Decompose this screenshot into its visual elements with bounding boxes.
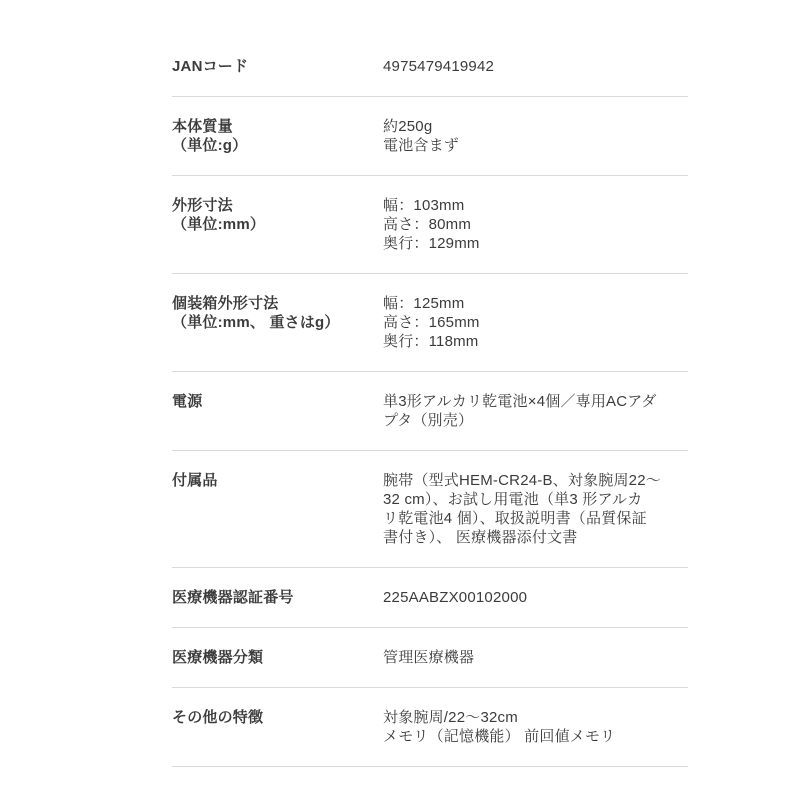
spec-value: 225AABZX00102000 — [383, 588, 723, 607]
spec-label: 外形寸法 （単位:mm） — [172, 196, 383, 234]
spec-label: 医療機器認証番号 — [172, 588, 383, 607]
spec-value: 単3形アルカリ乾電池×4個／専用ACアダ プタ（別売） — [383, 392, 723, 430]
spec-label: JANコード — [172, 57, 383, 76]
spec-table: JANコード 4975479419942 本体質量 （単位:g） 約250g 電… — [172, 37, 688, 767]
spec-row-outer-dimensions: 外形寸法 （単位:mm） 幅：103mm 高さ：80mm 奥行：129mm — [172, 176, 688, 274]
spec-row-medical-device-class: 医療機器分類 管理医療機器 — [172, 628, 688, 688]
spec-row-accessories: 付属品 腕帯（型式HEM-CR24-B、対象腕周22〜 32 cm）、お試し用電… — [172, 451, 688, 568]
spec-row-other-features: その他の特徴 対象腕周/22〜32cm メモリ（記憶機能） 前回値メモリ — [172, 688, 688, 767]
spec-label: 付属品 — [172, 471, 383, 490]
spec-value: 管理医療機器 — [383, 648, 723, 667]
spec-value: 幅：103mm 高さ：80mm 奥行：129mm — [383, 196, 723, 253]
spec-row-power-source: 電源 単3形アルカリ乾電池×4個／専用ACアダ プタ（別売） — [172, 372, 688, 451]
spec-value: 腕帯（型式HEM-CR24-B、対象腕周22〜 32 cm）、お試し用電池（単3… — [383, 471, 723, 547]
product-spec-page: JANコード 4975479419942 本体質量 （単位:g） 約250g 電… — [0, 0, 800, 800]
spec-value: 対象腕周/22〜32cm メモリ（記憶機能） 前回値メモリ — [383, 708, 723, 746]
spec-value: 4975479419942 — [383, 57, 723, 76]
spec-label: 電源 — [172, 392, 383, 411]
spec-label: 個装箱外形寸法 （単位:mm、 重さはg） — [172, 294, 383, 332]
spec-row-medical-device-cert-number: 医療機器認証番号 225AABZX00102000 — [172, 568, 688, 628]
spec-row-jan-code: JANコード 4975479419942 — [172, 37, 688, 97]
spec-row-body-weight: 本体質量 （単位:g） 約250g 電池含まず — [172, 97, 688, 176]
spec-value: 約250g 電池含まず — [383, 117, 723, 155]
spec-label: その他の特徴 — [172, 708, 383, 727]
spec-row-package-dimensions: 個装箱外形寸法 （単位:mm、 重さはg） 幅：125mm 高さ：165mm 奥… — [172, 274, 688, 372]
spec-label: 本体質量 （単位:g） — [172, 117, 383, 155]
spec-value: 幅：125mm 高さ：165mm 奥行：118mm — [383, 294, 723, 351]
spec-label: 医療機器分類 — [172, 648, 383, 667]
